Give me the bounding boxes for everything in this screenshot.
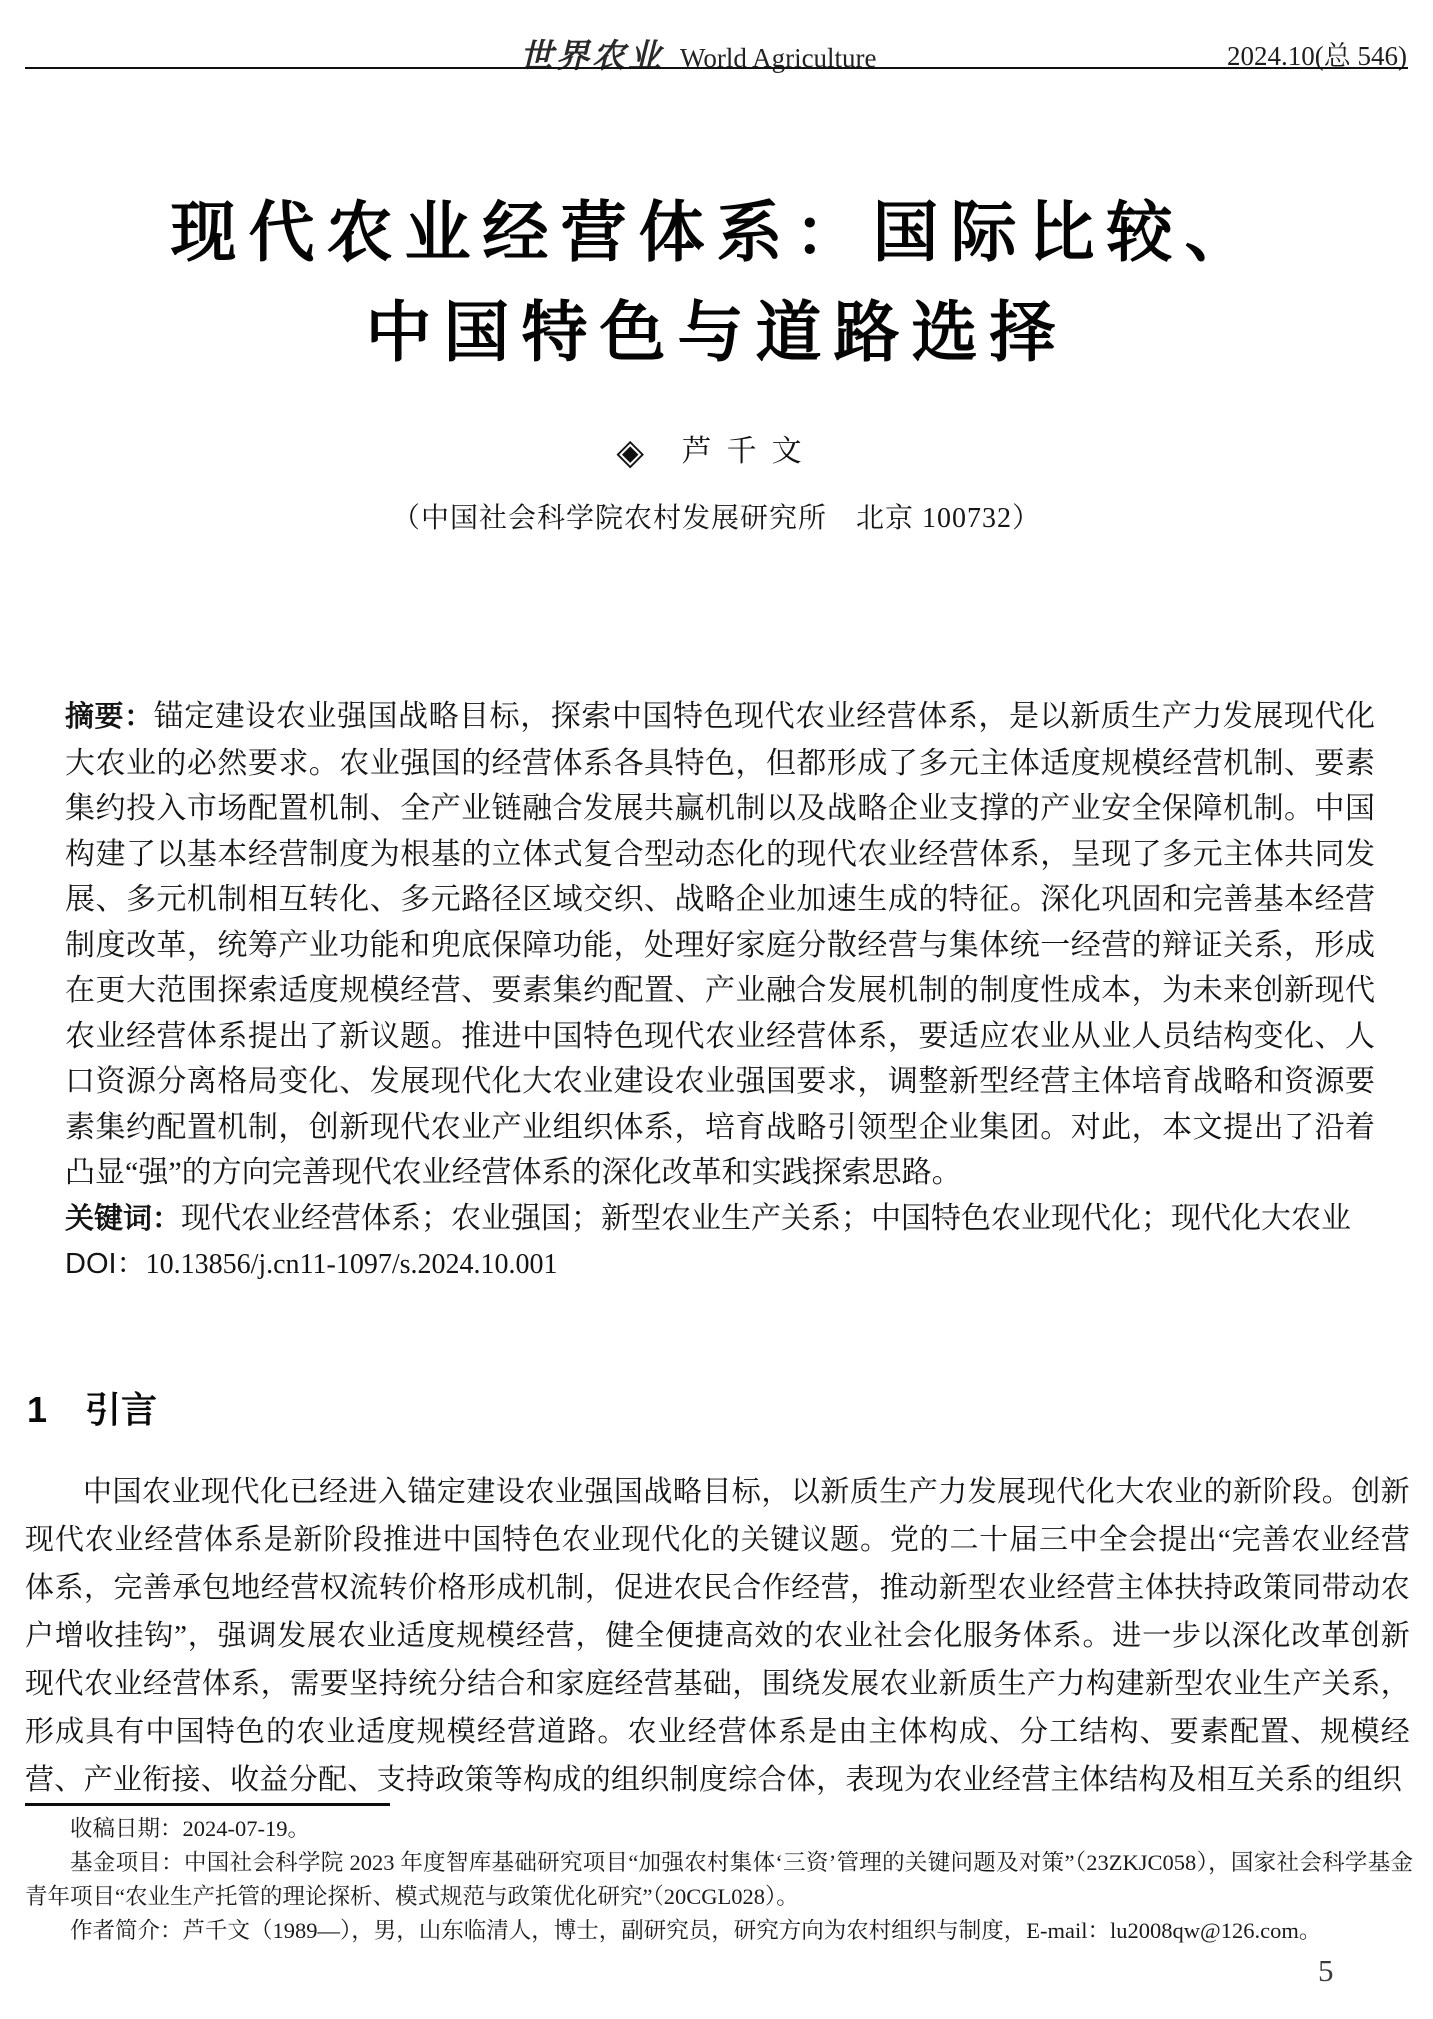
doi-line: DOI：10.13856/j.cn11-1097/s.2024.10.001: [65, 1242, 1375, 1288]
keywords-text: 现代农业经营体系；农业强国；新型农业生产关系；中国特色农业现代化；现代化大农业: [181, 1202, 1351, 1235]
footnote-received: 收稿日期：2024-07-19。: [25, 1812, 1413, 1846]
footnote-funding-label: 基金项目：: [70, 1850, 184, 1875]
page-number: 5: [1318, 1953, 1334, 1989]
abstract-text: 锚定建设农业强国战略目标，探索中国特色现代农业经营体系，是以新质生产力发展现代化…: [65, 700, 1375, 1189]
article-title-line1: 现代农业经营体系：国际比较、: [0, 184, 1433, 284]
journal-header: 世界农业 World Agriculture: [520, 30, 877, 77]
body-paragraph: 中国农业现代化已经进入锚定建设农业强国战略目标，以新质生产力发展现代化大农业的新…: [25, 1468, 1410, 1804]
doi-value: 10.13856/j.cn11-1097/s.2024.10.001: [146, 1249, 558, 1280]
abstract-block: 摘要：锚定建设农业强国战略目标，探索中国特色现代农业经营体系，是以新质生产力发展…: [65, 694, 1375, 1288]
section-title: 引言: [85, 1389, 157, 1430]
footnote-received-value: 2024-07-19。: [183, 1816, 311, 1841]
article-title-line2: 中国特色与道路选择: [0, 284, 1433, 384]
footnote-received-label: 收稿日期：: [70, 1816, 183, 1841]
section-number: 1: [27, 1389, 47, 1430]
journal-logo: 世界农业: [520, 30, 664, 77]
footnote-divider: [25, 1803, 390, 1806]
author-name: 芦千文: [682, 435, 817, 468]
abstract-paragraph: 摘要：锚定建设农业强国战略目标，探索中国特色现代农业经营体系，是以新质生产力发展…: [65, 694, 1375, 1196]
diamond-icon: ◈: [616, 432, 644, 472]
footnote-funding-value: 中国社会科学院 2023 年度智库基础研究项目“加强农村集体‘三资’管理的关键问…: [25, 1850, 1413, 1909]
footnote-bio-label: 作者简介：: [70, 1918, 183, 1943]
keywords-line: 关键词：现代农业经营体系；农业强国；新型农业生产关系；中国特色农业现代化；现代化…: [65, 1196, 1375, 1243]
footnote-funding: 基金项目：中国社会科学院 2023 年度智库基础研究项目“加强农村集体‘三资’管…: [25, 1846, 1413, 1914]
journal-page: 世界农业 World Agriculture 2024.10(总 546) 现代…: [0, 0, 1433, 2019]
abstract-label: 摘要：: [65, 701, 154, 733]
keywords-label: 关键词：: [65, 1203, 181, 1235]
journal-title-en: World Agriculture: [680, 43, 877, 74]
footnotes: 收稿日期：2024-07-19。 基金项目：中国社会科学院 2023 年度智库基…: [25, 1812, 1413, 1948]
byline: ◈ 芦千文: [0, 426, 1433, 473]
footnote-author-bio: 作者简介：芦千文（1989—），男，山东临清人，博士，副研究员，研究方向为农村组…: [25, 1914, 1413, 1948]
author-affiliation: （中国社会科学院农村发展研究所 北京 100732）: [0, 496, 1433, 536]
footnote-bio-value: 芦千文（1989—），男，山东临清人，博士，副研究员，研究方向为农村组织与制度，…: [183, 1918, 1322, 1943]
doi-label: DOI：: [65, 1248, 146, 1280]
article-title: 现代农业经营体系：国际比较、 中国特色与道路选择: [0, 184, 1433, 384]
section-heading-introduction: 1引言: [27, 1382, 157, 1433]
header-divider: [25, 67, 1408, 69]
